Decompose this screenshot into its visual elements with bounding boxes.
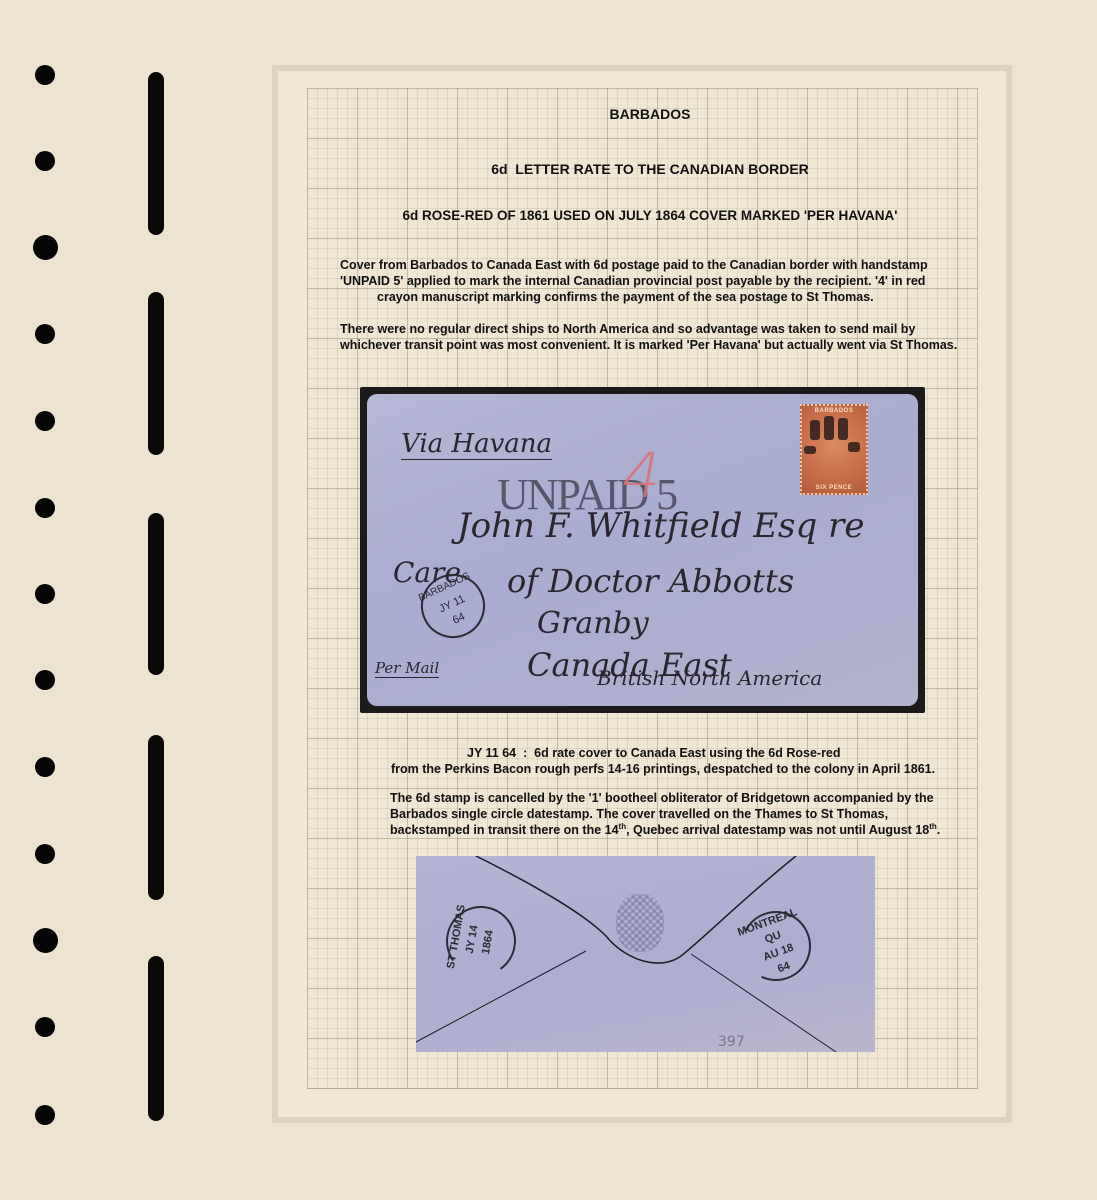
text-fragment: , Quebec arrival datestamp was not until…	[626, 823, 929, 837]
binder-hole	[35, 411, 55, 431]
text-line: from the Perkins Bacon rough perfs 14-16…	[370, 761, 970, 777]
description-paragraph-2: There were no regular direct ships to No…	[340, 321, 990, 353]
binder-hole	[35, 1105, 55, 1125]
binder-hole	[33, 928, 58, 953]
cancel-bar	[838, 418, 848, 440]
binder-slot	[148, 956, 164, 1121]
text-line: Cover from Barbados to Canada East with …	[340, 257, 990, 273]
address-line-3: Granby	[537, 606, 649, 641]
description-paragraph-1: Cover from Barbados to Canada East with …	[340, 257, 990, 305]
ship-mail-endorsement: Per Mail	[375, 659, 439, 678]
cancel-bar	[810, 420, 820, 440]
binder-slot	[148, 735, 164, 900]
page-title-country: BARBADOS	[330, 106, 970, 122]
text-line: Barbados single circle datestamp. The co…	[390, 806, 980, 822]
embossed-seal	[616, 894, 664, 952]
stamp-bottom-text: SIX PENCE	[802, 485, 866, 491]
postage-stamp: BARBADOS SIX PENCE	[800, 404, 868, 495]
pencil-number: 397	[718, 1034, 745, 1050]
binder-hole	[35, 584, 55, 604]
address-line-2: of Doctor Abbotts	[507, 562, 794, 600]
address-line-1: John F. Whitfield Esq re	[457, 506, 864, 546]
binder-hole	[35, 324, 55, 344]
text-line: crayon manuscript marking confirms the p…	[340, 289, 990, 305]
cover-caption: JY 11 64 : 6d rate cover to Canada East …	[370, 745, 970, 777]
text-line: backstamped in transit there on the 14th…	[390, 822, 980, 838]
binder-slot	[148, 292, 164, 455]
ordinal-suffix: th	[619, 822, 627, 831]
cancel-bar	[848, 442, 860, 452]
text-line: whichever transit point was most conveni…	[340, 337, 990, 353]
back-cover-image: ST THOMAS JY 14 1864 MONTREAL QU AU 18 6…	[416, 856, 875, 1052]
binder-hole	[35, 65, 55, 85]
stamp-top-text: BARBADOS	[802, 408, 866, 414]
binder-hole	[35, 1017, 55, 1037]
text-line: 'UNPAID 5' applied to mark the internal …	[340, 273, 990, 289]
binder-hole	[35, 498, 55, 518]
binder-hole	[35, 151, 55, 171]
text-line: The 6d stamp is cancelled by the '1' boo…	[390, 790, 980, 806]
text-line: There were no regular direct ships to No…	[340, 321, 990, 337]
front-cover-image: Via Havana UNPAID 5 4 BARBADOS SIX PENCE…	[367, 394, 918, 706]
binder-hole	[35, 844, 55, 864]
binder-hole	[33, 235, 58, 260]
caption-paragraph: The 6d stamp is cancelled by the '1' boo…	[390, 790, 980, 838]
cancel-bar	[804, 446, 816, 454]
binder-slot	[148, 72, 164, 235]
rate-heading: 6d LETTER RATE TO THE CANADIAN BORDER	[330, 161, 970, 177]
text-fragment: backstamped in transit there on the 14	[390, 823, 619, 837]
binder-hole	[35, 670, 55, 690]
text-line: JY 11 64 : 6d rate cover to Canada East …	[370, 745, 970, 761]
subheading: 6d ROSE-RED OF 1861 USED ON JULY 1864 CO…	[330, 208, 970, 224]
cancel-bar	[824, 416, 834, 440]
binder-hole	[35, 757, 55, 777]
via-havana-endorsement: Via Havana	[401, 429, 552, 460]
text-fragment: .	[937, 823, 940, 837]
binder-slot	[148, 513, 164, 675]
address-line-5: British North America	[597, 666, 822, 690]
ordinal-suffix: th	[929, 822, 937, 831]
